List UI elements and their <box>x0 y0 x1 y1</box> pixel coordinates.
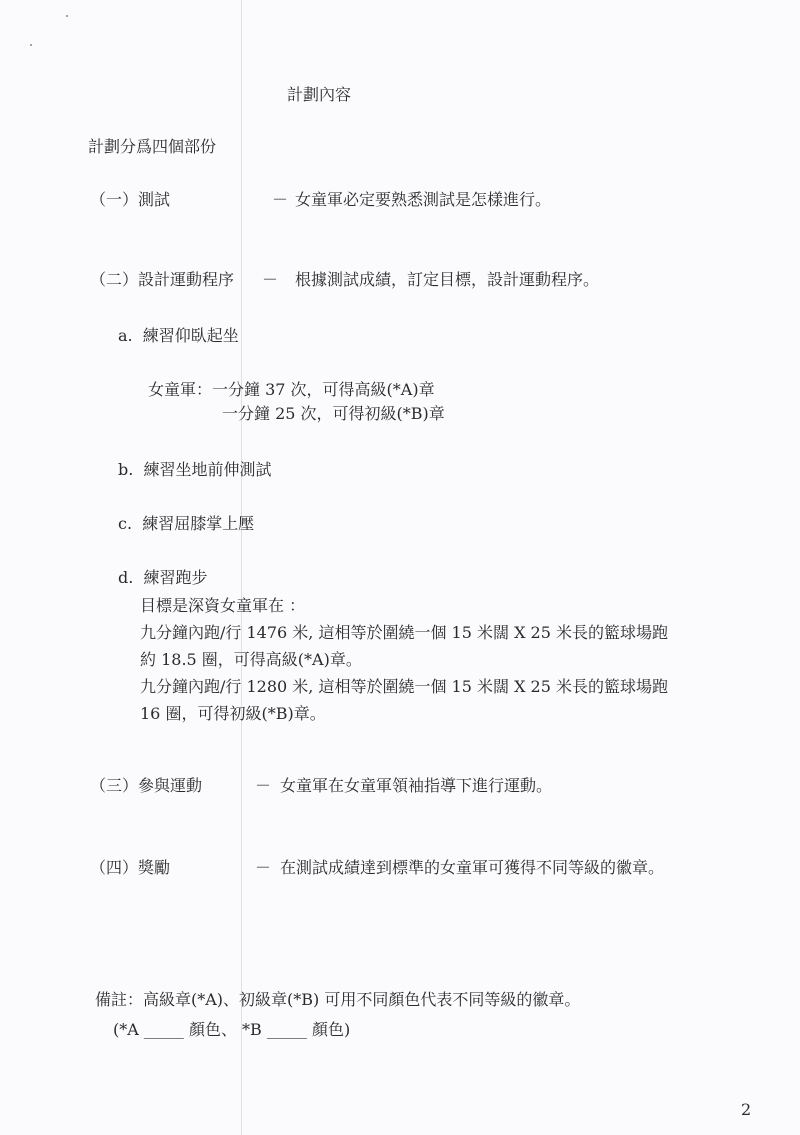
item-d-detail-5: 16 圈，可得初級(*B)章。 <box>140 704 326 724</box>
item-c-marker: c. <box>118 514 132 533</box>
item-d-detail-2: 九分鐘內跑/行 1476 米, 這相等於圍繞一個 15 米闊 X 25 米長的籃… <box>140 623 668 643</box>
section-1-label: （一）測試 <box>90 190 170 210</box>
section-4-description: 在測試成績達到標準的女童軍可獲得不同等級的徽章。 <box>280 858 664 878</box>
section-2-dash: － <box>262 270 278 290</box>
item-d: d. 練習跑步 <box>118 568 208 588</box>
item-b: b. 練習坐地前伸測試 <box>118 460 272 480</box>
item-a-marker: a. <box>118 326 133 345</box>
item-b-marker: b. <box>118 460 133 479</box>
item-b-text: 練習坐地前伸測試 <box>144 460 272 479</box>
section-2-description: 根據測試成績，訂定目標，設計運動程序。 <box>295 270 599 290</box>
item-a: a. 練習仰臥起坐 <box>118 326 239 346</box>
item-c-text: 練習屈膝掌上壓 <box>142 514 254 533</box>
intro-text: 計劃分爲四個部份 <box>88 137 216 157</box>
note-line-2: (*A _____ 顏色、 *B _____ 顏色) <box>113 1020 350 1040</box>
page-number: 2 <box>741 1100 751 1120</box>
item-d-detail-3: 約 18.5 圈，可得高級(*A)章。 <box>140 650 362 670</box>
scan-speck <box>30 44 32 46</box>
section-4-dash: － <box>255 858 271 878</box>
scan-artifact-line <box>241 0 242 1135</box>
item-d-detail-1: 目標是深資女童軍在 ： <box>140 596 305 616</box>
note-line-1: 備註：高級章(*A)、初級章(*B) 可用不同顏色代表不同等級的徽章。 <box>95 990 580 1010</box>
item-a-detail-2: 一分鐘 25 次，可得初級(*B)章 <box>222 404 445 424</box>
section-3-description: 女童軍在女童軍領袖指導下進行運動。 <box>280 776 552 796</box>
document-title: 計劃內容 <box>287 85 351 105</box>
item-d-marker: d. <box>118 568 133 587</box>
scan-speck <box>66 15 68 17</box>
section-2-label: （二）設計運動程序 <box>90 270 234 290</box>
section-1-dash: － <box>272 190 288 210</box>
item-d-detail-4: 九分鐘內跑/行 1280 米, 這相等於圍繞一個 15 米闊 X 25 米長的籃… <box>140 677 668 697</box>
item-a-detail-1: 女童軍：一分鐘 37 次，可得高級(*A)章 <box>148 380 435 400</box>
item-a-text: 練習仰臥起坐 <box>143 326 239 345</box>
section-3-dash: － <box>255 776 271 796</box>
section-1-description: 女童軍必定要熟悉測試是怎樣進行。 <box>295 190 551 210</box>
item-c: c. 練習屈膝掌上壓 <box>118 514 254 534</box>
item-d-text: 練習跑步 <box>144 568 208 587</box>
section-3-label: （三）參與運動 <box>90 776 202 796</box>
section-4-label: （四）獎勵 <box>90 858 170 878</box>
